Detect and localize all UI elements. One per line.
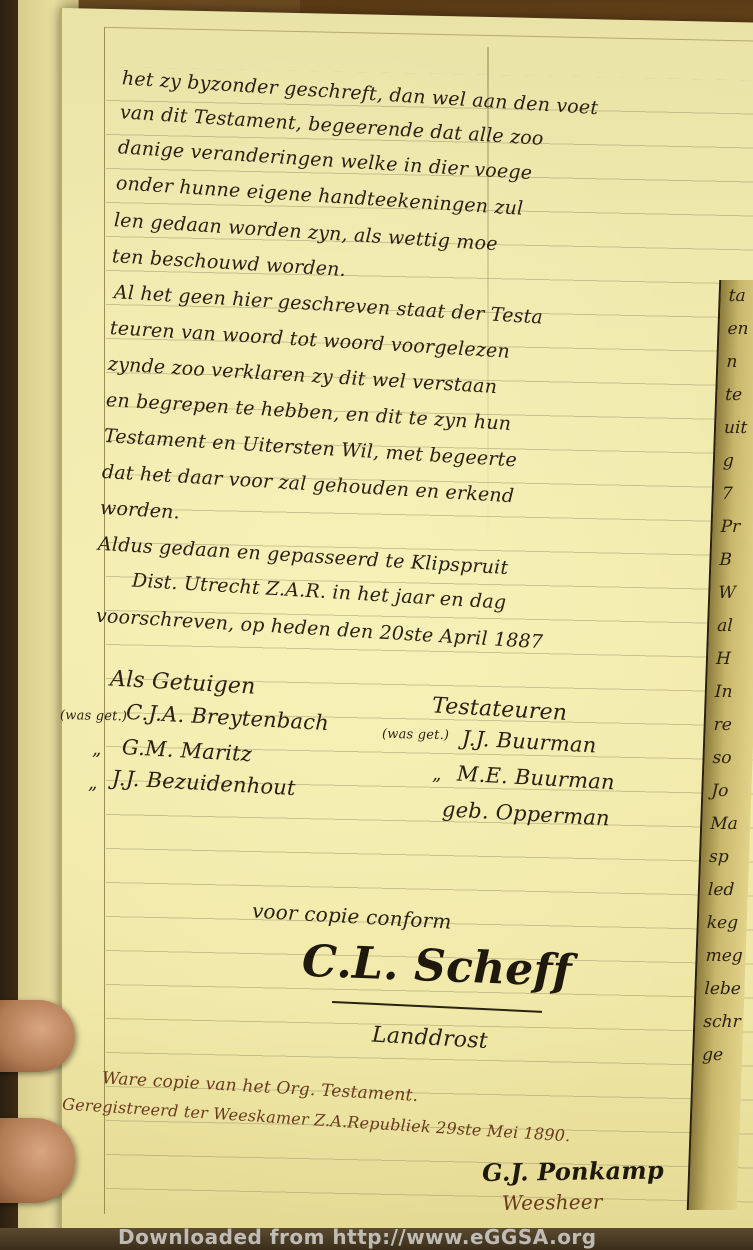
fragment: keg: [698, 907, 747, 940]
fragment: te: [717, 379, 753, 412]
fragment: re: [705, 709, 753, 742]
fragment: H: [707, 643, 753, 676]
fragment: led: [699, 874, 748, 907]
fragment: Ma: [702, 808, 751, 841]
page-fold: [487, 47, 489, 547]
watermark: Downloaded from http://www.eGGSA.org: [118, 1225, 597, 1249]
manuscript-page: het zy byzonder geschreft, dan wel aan d…: [60, 8, 753, 1248]
body-line-13: worden.: [100, 497, 181, 524]
finger-lower: [0, 1118, 75, 1203]
fragment: ta: [720, 280, 753, 313]
fragment: schr: [695, 1006, 744, 1039]
weesheer-title: Weesheer: [502, 1190, 603, 1215]
fragment: lebe: [696, 973, 745, 1006]
fragment: W: [710, 577, 753, 610]
fragment: uit: [715, 412, 753, 445]
witness-1-prefix: (was get.): [60, 708, 127, 724]
witness-2-prefix: „: [92, 739, 102, 760]
weesheer-signature: G.J. Ponkamp: [482, 1155, 665, 1187]
fragment: Pr: [712, 511, 753, 544]
fragment: ge: [694, 1039, 743, 1072]
photo-scene: het zy byzonder geschreft, dan wel aan d…: [0, 0, 753, 1250]
fragment: Jo: [703, 775, 752, 808]
fragment: g: [714, 445, 753, 478]
testator-1-prefix: (was get.): [382, 727, 449, 743]
fragment: B: [711, 544, 753, 577]
fragment: 7: [713, 478, 753, 511]
fragment: sp: [700, 841, 749, 874]
fragment: so: [704, 742, 753, 775]
witness-3-prefix: „: [88, 773, 98, 794]
fragment: al: [709, 610, 753, 643]
fragment: en: [719, 313, 753, 346]
fragment: In: [706, 676, 753, 709]
finger-upper: [0, 1000, 75, 1072]
landdrost-signature: C.L. Scheff: [302, 936, 573, 997]
testator-2-prefix: „: [432, 764, 442, 785]
fragment: meg: [697, 940, 746, 973]
fragment: n: [718, 346, 753, 379]
